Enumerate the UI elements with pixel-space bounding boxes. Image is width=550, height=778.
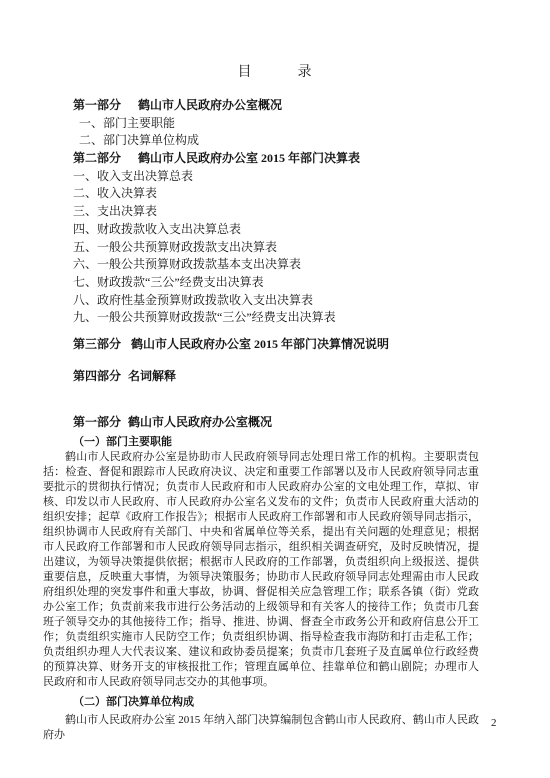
page-number: 2 — [491, 716, 497, 730]
toc-entry: 一、部门主要职能 — [73, 115, 510, 133]
toc-part1-heading: 第一部分鹤山市人民政府办公室概况 — [73, 97, 510, 115]
toc-part4-label: 第四部分 — [73, 369, 121, 383]
toc-part1-label: 第一部分 — [73, 98, 121, 112]
toc-entry: 七、财政拨款“三公”经费支出决算表 — [73, 274, 510, 292]
toc-entry: 三、支出决算表 — [73, 203, 510, 221]
toc-part4-heading: 第四部分名词解释 — [73, 368, 176, 386]
section1-title: 鹤山市人民政府办公室概况 — [128, 415, 272, 429]
toc-part3-title: 鹤山市人民政府办公室 2015 年部门决算情况说明 — [131, 337, 389, 351]
toc-entry: 二、部门决算单位构成 — [73, 132, 510, 150]
toc-part2-heading: 第二部分鹤山市人民政府办公室 2015 年部门决算表 — [73, 150, 510, 168]
toc-entry: 二、收入决算表 — [73, 185, 510, 203]
toc-part1-title: 鹤山市人民政府办公室概况 — [138, 98, 282, 112]
table-of-contents: 第一部分鹤山市人民政府办公室概况 一、部门主要职能 二、部门决算单位构成 第二部… — [73, 97, 510, 327]
toc-entry: 六、一般公共预算财政拨款基本支出决算表 — [73, 256, 510, 274]
toc-part4-title: 名词解释 — [128, 369, 176, 383]
toc-part3-label: 第三部分 — [73, 337, 121, 351]
body-paragraph-units: 鹤山市人民政府办公室 2015 年纳入部门决算编制包含鹤山市人民政府、鹤山市人民… — [43, 713, 479, 743]
section1-label: 第一部分 — [73, 415, 121, 429]
section1-body: （一）部门主要职能 鹤山市人民政府办公室是协助市人民政府领导同志处理日常工作的机… — [43, 435, 479, 743]
toc-entry: 八、政府性基金预算财政拨款收入支出决算表 — [73, 292, 510, 310]
toc-part2-label: 第二部分 — [73, 151, 121, 165]
toc-entry: 九、一般公共预算财政拨款“三公”经费支出决算表 — [73, 309, 510, 327]
section1-heading: 第一部分鹤山市人民政府办公室概况 — [73, 414, 272, 432]
subsection1-heading: （一）部门主要职能 — [43, 435, 479, 450]
toc-entry: 四、财政拨款收入支出决算总表 — [73, 221, 510, 239]
toc-part3-heading: 第三部分鹤山市人民政府办公室 2015 年部门决算情况说明 — [73, 336, 389, 354]
toc-title: 目 录 — [0, 65, 550, 81]
toc-entry: 一、收入支出决算总表 — [73, 168, 510, 186]
document-page: 目 录 第一部分鹤山市人民政府办公室概况 一、部门主要职能 二、部门决算单位构成… — [0, 0, 550, 778]
body-paragraph-duties: 鹤山市人民政府办公室是协助市人民政府领导同志处理日常工作的机构。主要职责包括：检… — [43, 450, 479, 690]
toc-entry: 五、一般公共预算财政拨款支出决算表 — [73, 239, 510, 257]
toc-part2-title: 鹤山市人民政府办公室 2015 年部门决算表 — [138, 151, 360, 165]
subsection2-heading: （二）部门决算单位构成 — [43, 695, 479, 710]
